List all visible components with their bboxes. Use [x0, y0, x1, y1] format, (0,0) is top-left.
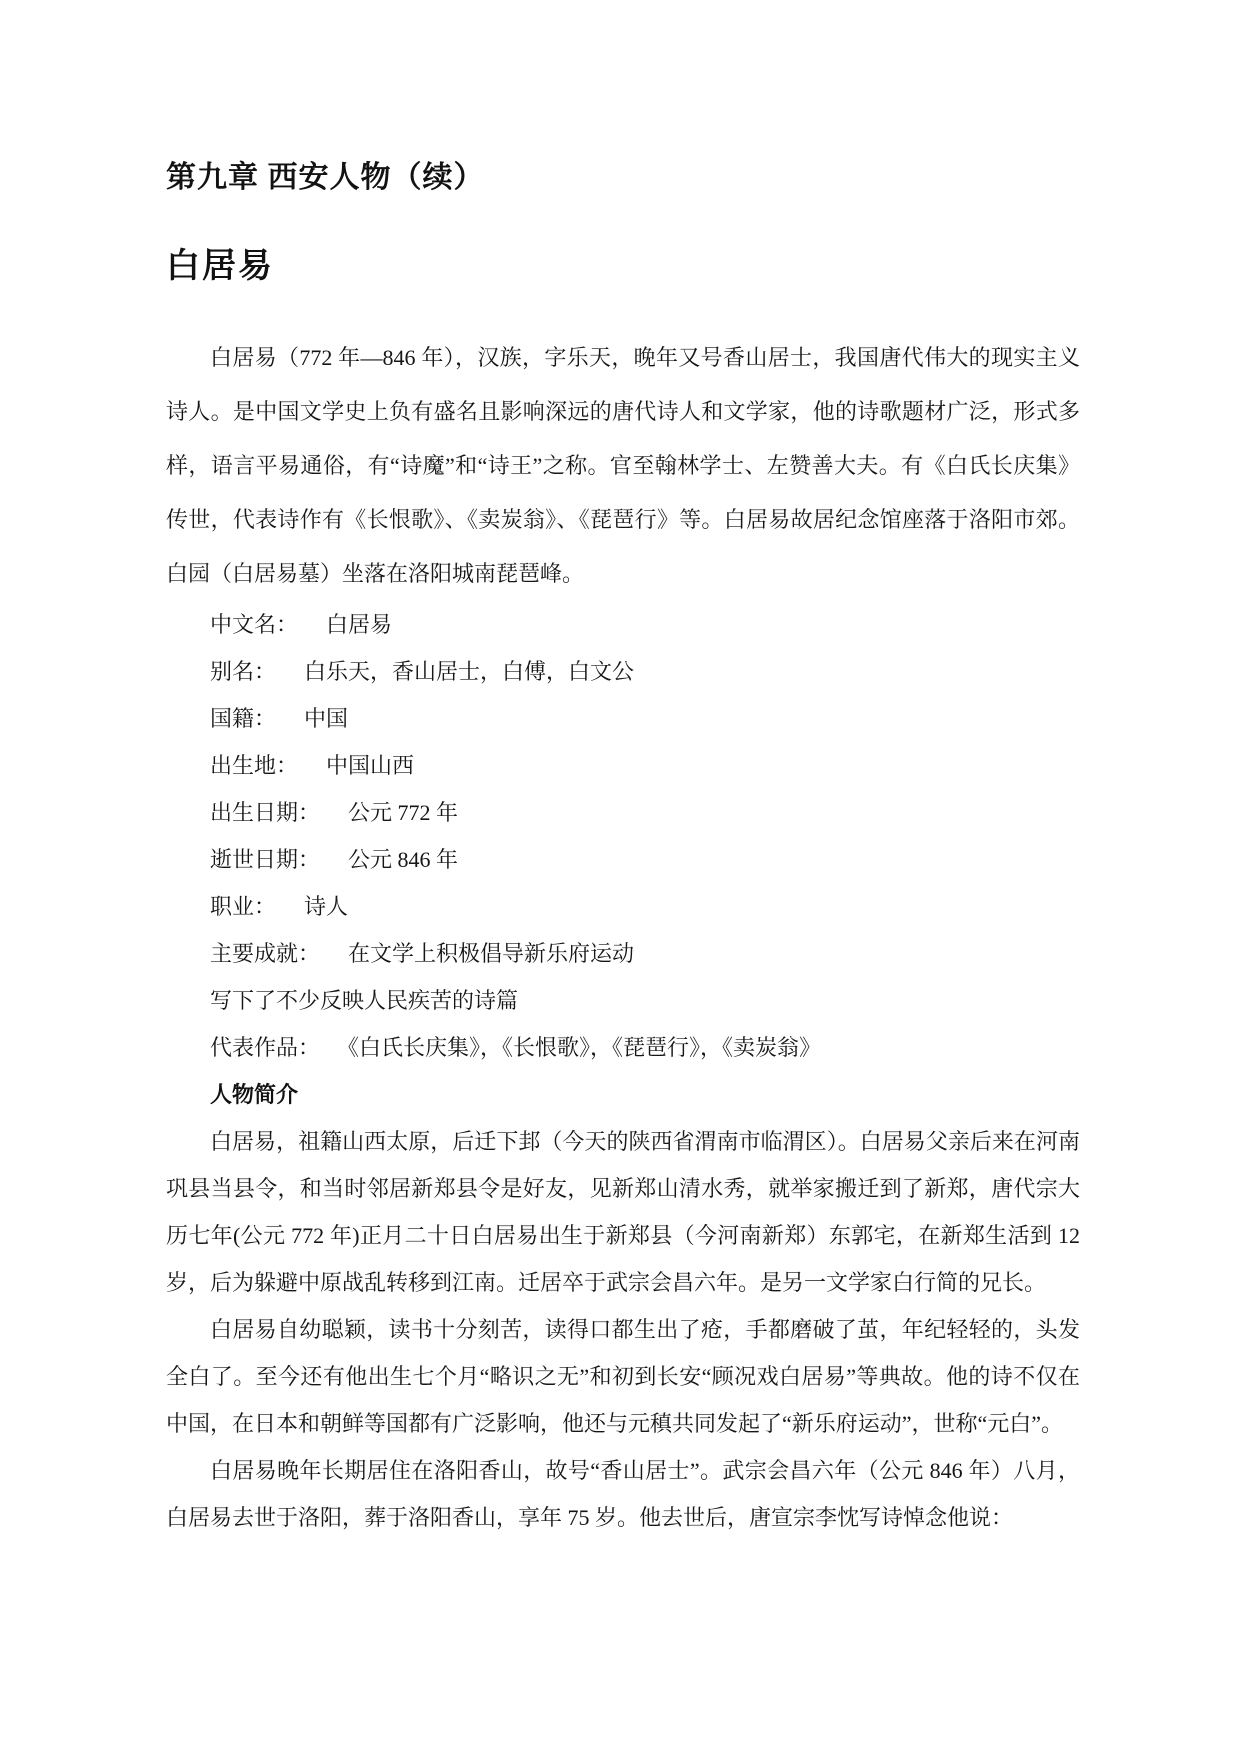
- infobox-value: 在文学上积极倡导新乐府运动: [348, 941, 634, 966]
- infobox-label: 出生日期：: [210, 800, 320, 825]
- infobox-value: 中国山西: [326, 753, 414, 778]
- infobox-label: 代表作品：: [210, 1035, 320, 1060]
- person-name-heading: 白居易: [166, 245, 1080, 289]
- infobox-label: 出生地：: [210, 753, 298, 778]
- document-page: 第九章 西安人物（续） 白居易 白居易（772 年—846 年），汉族，字乐天，…: [0, 0, 1240, 1754]
- biography-paragraph: 白居易，祖籍山西太原，后迁下邽（今天的陕西省渭南市临渭区）。白居易父亲后来在河南…: [166, 1118, 1080, 1306]
- infobox-row: 写下了不少反映人民疾苦的诗篇: [210, 977, 1080, 1024]
- infobox-row: 代表作品：《白氏长庆集》，《长恨歌》，《琵琶行》，《卖炭翁》: [210, 1024, 1080, 1071]
- infobox-label: 中文名：: [210, 612, 298, 637]
- infobox-value: 中国: [304, 706, 348, 731]
- document-content: 第九章 西安人物（续） 白居易 白居易（772 年—846 年），汉族，字乐天，…: [166, 158, 1080, 1541]
- biography-paragraph: 白居易晚年长期居住在洛阳香山，故号“香山居士”。武宗会昌六年（公元 846 年）…: [166, 1447, 1080, 1541]
- infobox-row: 国籍：中国: [210, 695, 1080, 742]
- infobox-row: 出生日期：公元 772 年: [210, 789, 1080, 836]
- person-infobox: 中文名：白居易 别名：白乐天，香山居士，白傅，白文公 国籍：中国 出生地：中国山…: [166, 601, 1080, 1071]
- infobox-value: 诗人: [304, 894, 348, 919]
- infobox-row: 别名：白乐天，香山居士，白傅，白文公: [210, 648, 1080, 695]
- infobox-row: 主要成就：在文学上积极倡导新乐府运动: [210, 930, 1080, 977]
- infobox-value: 公元 772 年: [348, 800, 458, 825]
- infobox-row: 出生地：中国山西: [210, 742, 1080, 789]
- infobox-label: 别名：: [210, 659, 276, 684]
- infobox-value: 公元 846 年: [348, 847, 458, 872]
- infobox-value: 写下了不少反映人民疾苦的诗篇: [210, 988, 518, 1013]
- infobox-label: 主要成就：: [210, 941, 320, 966]
- infobox-label: 国籍：: [210, 706, 276, 731]
- biography-heading: 人物简介: [166, 1071, 1080, 1118]
- infobox-value: 《白氏长庆集》，《长恨歌》，《琵琶行》，《卖炭翁》: [348, 1035, 821, 1060]
- infobox-row: 逝世日期：公元 846 年: [210, 836, 1080, 883]
- infobox-label: 逝世日期：: [210, 847, 320, 872]
- infobox-label: 职业：: [210, 894, 276, 919]
- infobox-row: 职业：诗人: [210, 883, 1080, 930]
- intro-paragraph: 白居易（772 年—846 年），汉族，字乐天，晚年又号香山居士，我国唐代伟大的…: [166, 331, 1080, 601]
- infobox-value: 白乐天，香山居士，白傅，白文公: [304, 659, 634, 684]
- chapter-title: 第九章 西安人物（续）: [166, 158, 1080, 199]
- infobox-value: 白居易: [326, 612, 392, 637]
- infobox-row: 中文名：白居易: [210, 601, 1080, 648]
- biography-paragraph: 白居易自幼聪颖，读书十分刻苦，读得口都生出了疮，手都磨破了茧，年纪轻轻的，头发全…: [166, 1306, 1080, 1447]
